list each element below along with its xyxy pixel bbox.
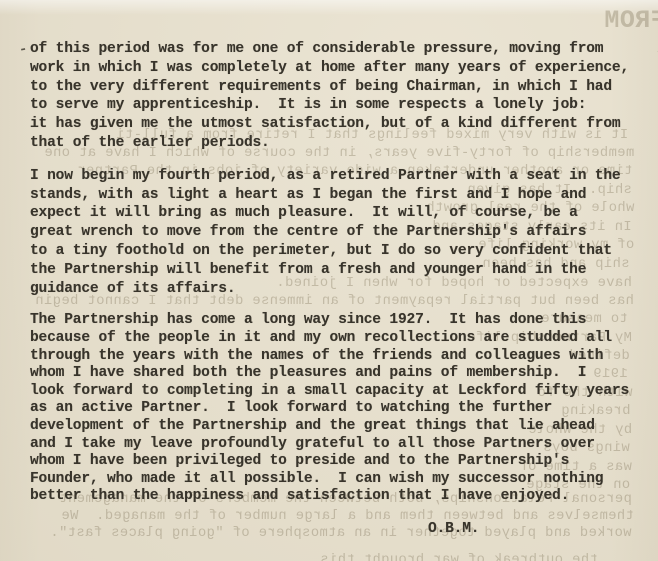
ghost-line: the outbreak of war brought this [320, 553, 598, 561]
paragraph-1: of this period was for me one of conside… [30, 40, 652, 153]
ghost-line: FROM [604, 6, 658, 35]
signature-initials: O.B.M. [30, 520, 652, 538]
paragraph-2: I now begin my fourth period, as a retir… [30, 167, 652, 299]
document-page: FROMSIRIt is with very mixed feelings th… [0, 0, 658, 561]
letter-body: of this period was for me one of conside… [30, 40, 652, 538]
paragraph-3: The Partnership has come a long way sinc… [30, 312, 652, 506]
